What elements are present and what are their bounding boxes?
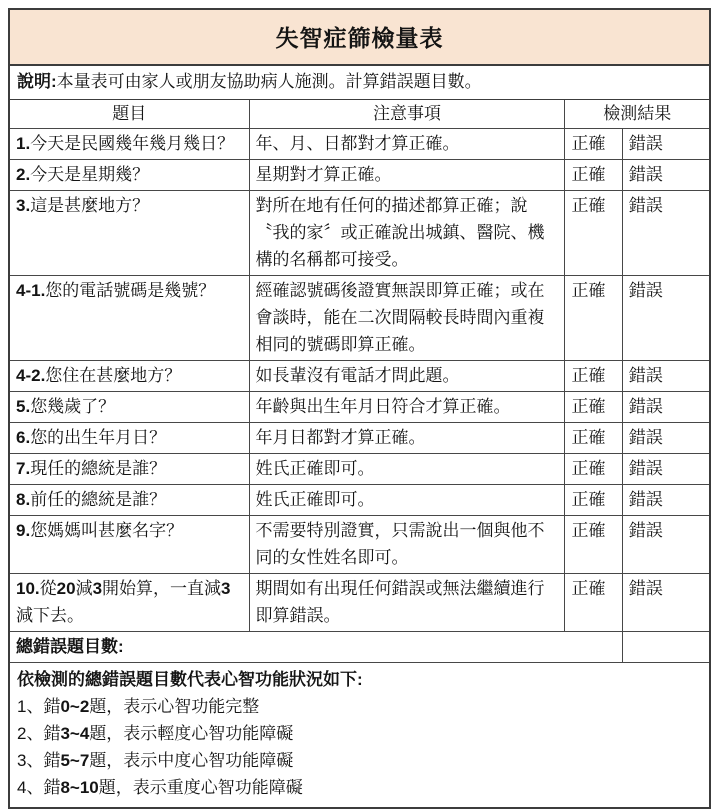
question-cell: 8.前任的總統是誰？ [10, 485, 249, 516]
correct-option: 正確 [565, 485, 622, 516]
note-cell: 年齡與出生年月日符合才算正確。 [249, 392, 565, 423]
wrong-option: 錯誤 [622, 423, 709, 454]
scoring-guide: 依檢測的總錯誤題目數代表心智功能狀況如下: 1、錯0~2題，表示心智功能完整 2… [10, 663, 709, 807]
total-errors-label: 總錯誤題目數: [10, 632, 622, 663]
question-row-6: 6.您的出生年月日？ 年月日都對才算正確。 正確 錯誤 [10, 423, 709, 454]
note-cell: 不需要特別證實，只需說出一個與他不同的女性姓名即可。 [249, 516, 565, 574]
correct-option: 正確 [565, 361, 622, 392]
scoring-guide-item-4: 4、錯8~10題，表示重度心智功能障礙 [17, 774, 702, 801]
wrong-option: 錯誤 [622, 160, 709, 191]
wrong-option: 錯誤 [622, 485, 709, 516]
question-cell: 10.從20減3開始算，一直減3減下去。 [10, 574, 249, 632]
note-cell: 如長輩沒有電話才問此題。 [249, 361, 565, 392]
wrong-option: 錯誤 [622, 191, 709, 276]
correct-option: 正確 [565, 423, 622, 454]
question-cell: 1.今天是民國幾年幾月幾日？ [10, 129, 249, 160]
wrong-option: 錯誤 [622, 392, 709, 423]
question-row-9: 9.您媽媽叫甚麼名字？ 不需要特別證實，只需說出一個與他不同的女性姓名即可。 正… [10, 516, 709, 574]
column-header-notes: 注意事項 [249, 100, 565, 129]
scoring-guide-item-3: 3、錯5~7題，表示中度心智功能障礙 [17, 747, 702, 774]
question-cell: 7.現任的總統是誰？ [10, 454, 249, 485]
correct-option: 正確 [565, 454, 622, 485]
column-header-result: 檢測結果 [565, 100, 709, 129]
note-cell: 年、月、日都對才算正確。 [249, 129, 565, 160]
note-cell: 星期對才算正確。 [249, 160, 565, 191]
correct-option: 正確 [565, 516, 622, 574]
instruction-note: 說明:本量表可由家人或朋友協助病人施測。計算錯誤題目數。 [10, 66, 709, 100]
question-cell: 4-2.您住在甚麼地方？ [10, 361, 249, 392]
dementia-screening-form: 失智症篩檢量表 說明:本量表可由家人或朋友協助病人施測。計算錯誤題目數。 題目 … [8, 8, 711, 809]
question-row-4-2: 4-2.您住在甚麼地方？ 如長輩沒有電話才問此題。 正確 錯誤 [10, 361, 709, 392]
question-cell: 6.您的出生年月日？ [10, 423, 249, 454]
wrong-option: 錯誤 [622, 516, 709, 574]
correct-option: 正確 [565, 191, 622, 276]
question-cell: 4-1.您的電話號碼是幾號？ [10, 276, 249, 361]
question-row-4-1: 4-1.您的電話號碼是幾號？ 經確認號碼後證實無誤即算正確；或在會談時，能在二次… [10, 276, 709, 361]
question-row-8: 8.前任的總統是誰？ 姓氏正確即可。 正確 錯誤 [10, 485, 709, 516]
wrong-option: 錯誤 [622, 129, 709, 160]
total-errors-row: 總錯誤題目數: [10, 632, 709, 663]
wrong-option: 錯誤 [622, 574, 709, 632]
wrong-option: 錯誤 [622, 361, 709, 392]
question-row-3: 3.這是甚麼地方？ 對所在地有任何的描述都算正確；說〝我的家〞或正確說出城鎮、醫… [10, 191, 709, 276]
question-row-2: 2.今天是星期幾？ 星期對才算正確。 正確 錯誤 [10, 160, 709, 191]
note-cell: 姓氏正確即可。 [249, 485, 565, 516]
correct-option: 正確 [565, 160, 622, 191]
column-header-question: 題目 [10, 100, 249, 129]
note-cell: 姓氏正確即可。 [249, 454, 565, 485]
question-cell: 9.您媽媽叫甚麼名字？ [10, 516, 249, 574]
note-cell: 對所在地有任何的描述都算正確；說〝我的家〞或正確說出城鎮、醫院、機構的名稱都可接… [249, 191, 565, 276]
screening-table: 題目 注意事項 檢測結果 1.今天是民國幾年幾月幾日？ 年、月、日都對才算正確。… [10, 100, 709, 663]
scoring-guide-item-2: 2、錯3~4題，表示輕度心智功能障礙 [17, 720, 702, 747]
question-cell: 2.今天是星期幾？ [10, 160, 249, 191]
correct-option: 正確 [565, 392, 622, 423]
note-cell: 期間如有出現任何錯誤或無法繼續進行即算錯誤。 [249, 574, 565, 632]
note-cell: 經確認號碼後證實無誤即算正確；或在會談時，能在二次間隔較長時間內重複相同的號碼即… [249, 276, 565, 361]
wrong-option: 錯誤 [622, 276, 709, 361]
question-row-1: 1.今天是民國幾年幾月幾日？ 年、月、日都對才算正確。 正確 錯誤 [10, 129, 709, 160]
correct-option: 正確 [565, 276, 622, 361]
total-errors-value-cell [622, 632, 709, 663]
scoring-guide-item-1: 1、錯0~2題，表示心智功能完整 [17, 693, 702, 720]
correct-option: 正確 [565, 574, 622, 632]
question-row-5: 5.您幾歲了？ 年齡與出生年月日符合才算正確。 正確 錯誤 [10, 392, 709, 423]
question-row-7: 7.現任的總統是誰？ 姓氏正確即可。 正確 錯誤 [10, 454, 709, 485]
question-cell: 5.您幾歲了？ [10, 392, 249, 423]
note-cell: 年月日都對才算正確。 [249, 423, 565, 454]
correct-option: 正確 [565, 129, 622, 160]
wrong-option: 錯誤 [622, 454, 709, 485]
scoring-guide-heading: 依檢測的總錯誤題目數代表心智功能狀況如下: [17, 666, 702, 693]
form-title: 失智症篩檢量表 [10, 10, 709, 66]
question-cell: 3.這是甚麼地方？ [10, 191, 249, 276]
question-row-10: 10.從20減3開始算，一直減3減下去。 期間如有出現任何錯誤或無法繼續進行即算… [10, 574, 709, 632]
table-header-row: 題目 注意事項 檢測結果 [10, 100, 709, 129]
